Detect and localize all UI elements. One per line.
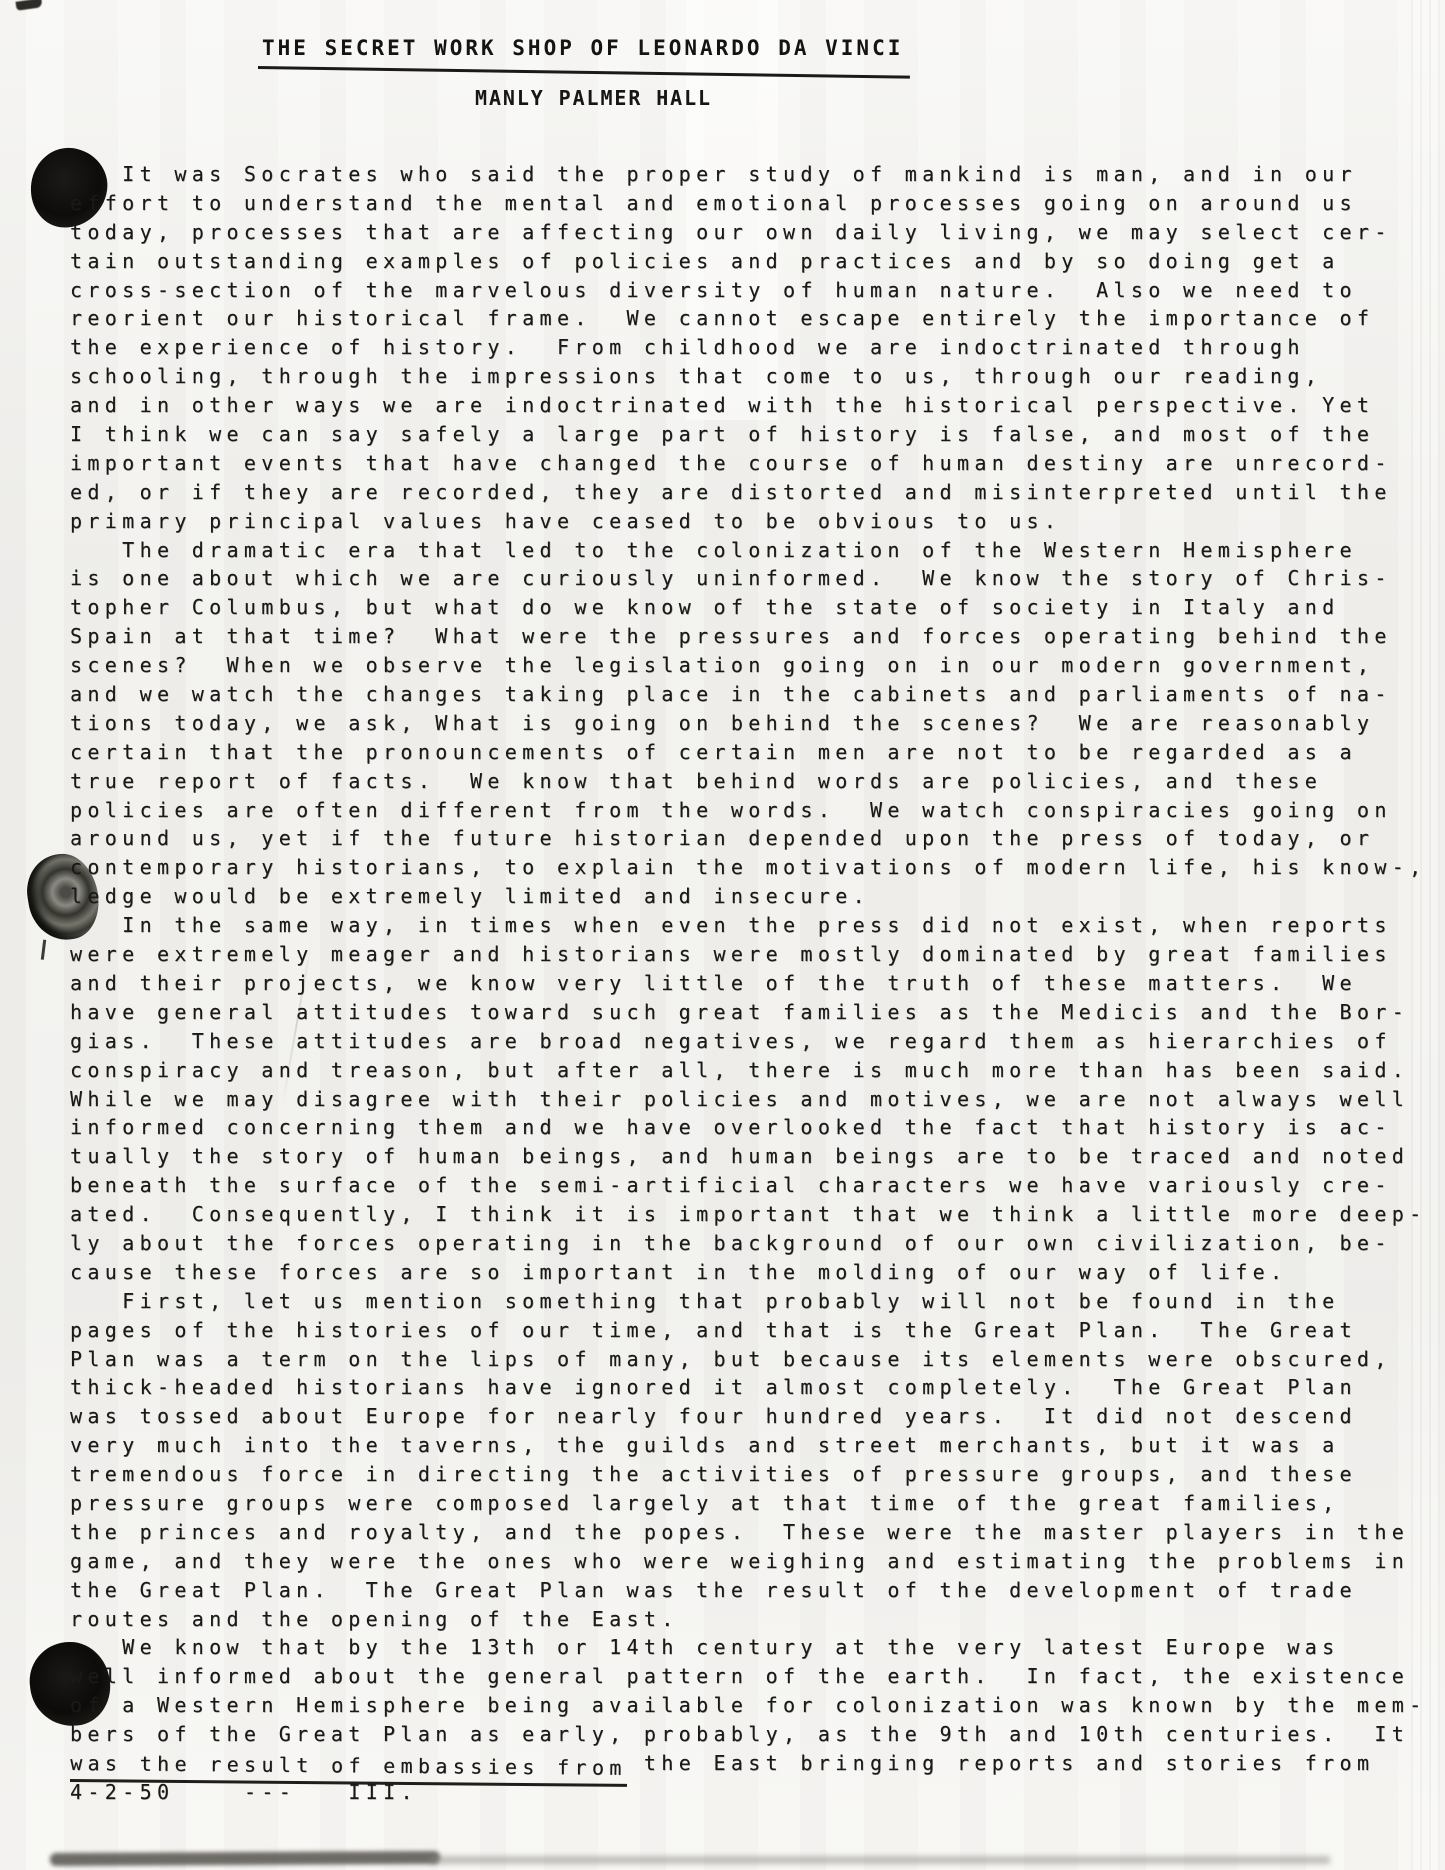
text-line: We know that by the 13th or 14th century… xyxy=(70,1633,1435,1662)
text-line: was the result of embassies from the Eas… xyxy=(70,1749,1435,1778)
text-line: policies are often different from the wo… xyxy=(70,796,1435,825)
text-line: tremendous force in directing the activi… xyxy=(70,1460,1435,1489)
text-line: While we may disagree with their policie… xyxy=(70,1085,1435,1114)
text-line: were extremely meager and historians wer… xyxy=(70,940,1435,969)
text-line: Plan was a term on the lips of many, but… xyxy=(70,1345,1435,1374)
text-line: It was Socrates who said the proper stud… xyxy=(70,160,1435,189)
text-line: cause these forces are so important in t… xyxy=(70,1258,1435,1287)
text-line: routes and the opening of the East. xyxy=(70,1605,1435,1634)
text-line: Spain at that time? What were the pressu… xyxy=(70,622,1435,651)
scan-bottom-smudge xyxy=(430,1856,1330,1864)
text-line: have general attitudes toward such great… xyxy=(70,998,1435,1027)
text-line: pages of the histories of our time, and … xyxy=(70,1316,1435,1345)
text-line: In the same way, in times when even the … xyxy=(70,911,1435,940)
text-line: and their projects, we know very little … xyxy=(70,969,1435,998)
footer-date: 4-2-50 xyxy=(70,1780,174,1804)
text-line: very much into the taverns, the guilds a… xyxy=(70,1431,1435,1460)
text-line: informed concerning them and we have ove… xyxy=(70,1113,1435,1142)
title-underline xyxy=(258,66,910,79)
text-line: tions today, we ask, What is going on be… xyxy=(70,709,1435,738)
document-title: THE SECRET WORK SHOP OF LEONARDO DA VINC… xyxy=(262,36,903,60)
text-line: reorient our historical frame. We cannot… xyxy=(70,304,1435,333)
text-line: scenes? When we observe the legislation … xyxy=(70,651,1435,680)
text-line: true report of facts. We know that behin… xyxy=(70,767,1435,796)
footer-separator: --- xyxy=(244,1780,296,1804)
text-line: cross-section of the marvelous diversity… xyxy=(70,276,1435,305)
text-line: is one about which we are curiously unin… xyxy=(70,564,1435,593)
footer-page-number: III. xyxy=(348,1780,418,1804)
text-line: conspiracy and treason, but after all, t… xyxy=(70,1056,1435,1085)
text-line: ledge would be extremely limited and ins… xyxy=(70,882,1435,911)
text-line: today, processes that are affecting our … xyxy=(70,218,1435,247)
text-line: I think we can say safely a large part o… xyxy=(70,420,1435,449)
text-line: around us, yet if the future historian d… xyxy=(70,824,1435,853)
footer: 4-2-50 --- III. xyxy=(70,1778,418,1807)
text-line: contemporary historians, to explain the … xyxy=(70,853,1435,882)
text-line: was tossed about Europe for nearly four … xyxy=(70,1402,1435,1431)
text-line: the experience of history. From childhoo… xyxy=(70,333,1435,362)
text-line: the Great Plan. The Great Plan was the r… xyxy=(70,1576,1435,1605)
text-line: schooling, through the impressions that … xyxy=(70,362,1435,391)
text-line: pressure groups were composed largely at… xyxy=(70,1489,1435,1518)
text-line: primary principal values have ceased to … xyxy=(70,507,1435,536)
text-line: bers of the Great Plan as early, probabl… xyxy=(70,1720,1435,1749)
text-line: thick-headed historians have ignored it … xyxy=(70,1373,1435,1402)
text-line: The dramatic era that led to the coloniz… xyxy=(70,536,1435,565)
text-line: of a Western Hemisphere being available … xyxy=(70,1691,1435,1720)
text-line: important events that have changed the c… xyxy=(70,449,1435,478)
text-line: First, let us mention something that pro… xyxy=(70,1287,1435,1316)
text-line: topher Columbus, but what do we know of … xyxy=(70,593,1435,622)
text-line: and in other ways we are indoctrinated w… xyxy=(70,391,1435,420)
text-line: well informed about the general pattern … xyxy=(70,1662,1435,1691)
text-line: certain that the pronouncements of certa… xyxy=(70,738,1435,767)
document-body: It was Socrates who said the proper stud… xyxy=(70,160,1435,1778)
text-line: ed, or if they are recorded, they are di… xyxy=(70,478,1435,507)
text-line: and we watch the changes taking place in… xyxy=(70,680,1435,709)
text-line: game, and they were the ones who were we… xyxy=(70,1547,1435,1576)
text-line: effort to understand the mental and emot… xyxy=(70,189,1435,218)
text-line: gias. These attitudes are broad negative… xyxy=(70,1027,1435,1056)
author-byline: MANLY PALMER HALL xyxy=(475,86,712,110)
text-line: ly about the forces operating in the bac… xyxy=(70,1229,1435,1258)
text-line: ated. Consequently, I think it is import… xyxy=(70,1200,1435,1229)
scan-edge-mark xyxy=(16,0,43,11)
text-line: the princes and royalty, and the popes. … xyxy=(70,1518,1435,1547)
scan-bottom-smudge xyxy=(50,1851,440,1866)
text-line: tually the story of human beings, and hu… xyxy=(70,1142,1435,1171)
text-line: beneath the surface of the semi-artifici… xyxy=(70,1171,1435,1200)
scanned-typewritten-page: { "page": { "title": "THE SECRET WORK SH… xyxy=(0,0,1445,1870)
text-line: tain outstanding examples of policies an… xyxy=(70,247,1435,276)
